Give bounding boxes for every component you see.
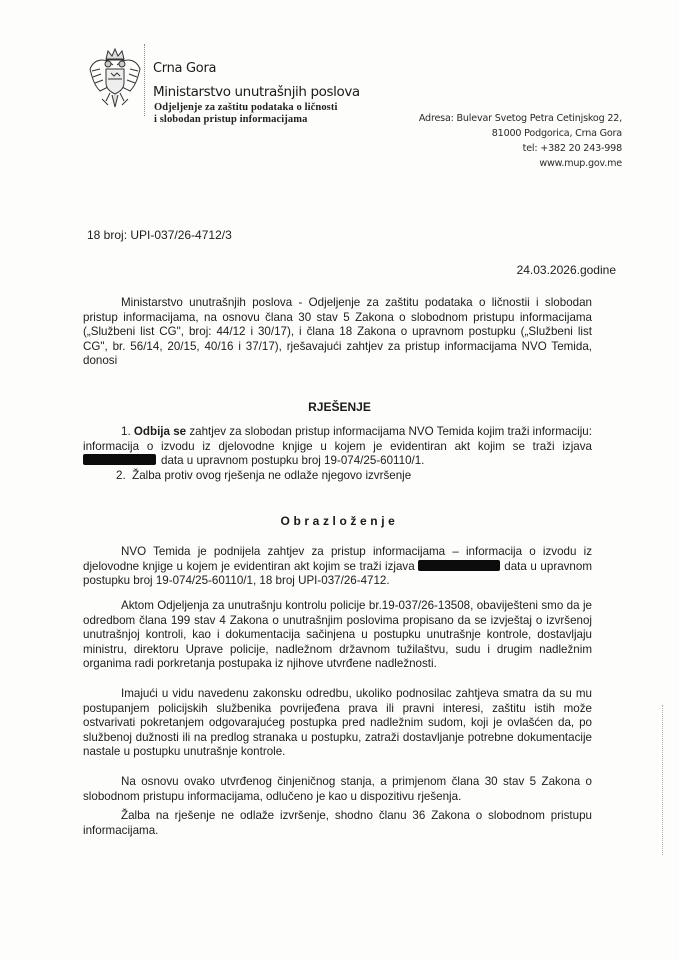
reasoning-p3-text: Imajući u vidu navedenu zakonsku odredbu… — [83, 687, 592, 758]
department-line-2: i slobodan pristup informacijama — [154, 114, 337, 126]
reasoning-p2-text: Aktom Odjeljenja za unutrašnju kontrolu … — [83, 599, 592, 670]
item-number: 2. — [116, 469, 126, 482]
reasoning-paragraph-2: Aktom Odjeljenja za unutrašnju kontrolu … — [83, 599, 592, 672]
document-date: 24.03.2026.godine — [517, 263, 616, 277]
address-street: Adresa: Bulevar Svetog Petra Cetinjskog … — [419, 111, 622, 126]
address-block: Adresa: Bulevar Svetog Petra Cetinjskog … — [419, 111, 622, 171]
ministry-name: Ministarstvo unutrašnjih poslova — [153, 84, 360, 100]
redaction-bar — [418, 560, 500, 571]
reasoning-paragraph-4: Na osnovu ovako utvrđenog činjeničnog st… — [83, 775, 592, 804]
reasoning-p5-text: Žalba na rješenje ne odlaže izvršenje, s… — [83, 809, 592, 837]
montenegro-coat-of-arms-icon — [86, 47, 144, 117]
intro-text: Ministarstvo unutrašnjih poslova - Odjel… — [83, 296, 592, 367]
item-number: 1. — [121, 425, 131, 438]
intro-paragraph: Ministarstvo unutrašnjih poslova - Odjel… — [83, 296, 592, 369]
address-phone: tel: +382 20 243-998 — [419, 141, 622, 156]
address-city: 81000 Podgorica, Crna Gora — [419, 126, 622, 141]
document-page: Crna Gora Ministarstvo unutrašnjih poslo… — [0, 0, 679, 960]
department-name: Odjeljenje za zaštitu podataka o ličnost… — [154, 102, 337, 126]
reasoning-title: Obrazloženje — [0, 514, 679, 528]
address-web: www.mup.gov.me — [419, 156, 622, 171]
country-name: Crna Gora — [153, 61, 216, 76]
decision-item-2: 2. Žalba protiv ovog rješenja ne odlaže … — [116, 469, 411, 484]
decision-item-2-text: Žalba protiv ovog rješenja ne odlaže nje… — [132, 469, 411, 482]
scan-margin-marks — [662, 705, 664, 855]
department-line-1: Odjeljenje za zaštitu podataka o ličnost… — [154, 102, 337, 114]
reasoning-p4-text: Na osnovu ovako utvrđenog činjeničnog st… — [83, 775, 592, 803]
reasoning-paragraph-5: Žalba na rješenje ne odlaže izvršenje, s… — [83, 809, 592, 838]
reasoning-paragraph-3: Imajući u vidu navedenu zakonsku odredbu… — [83, 687, 592, 760]
header-divider — [144, 44, 145, 116]
decision-title: RJEŠENJE — [0, 400, 679, 414]
decision-item-1: 1. Odbija se zahtjev za slobodan pristup… — [83, 425, 592, 469]
redaction-bar — [83, 454, 156, 465]
reasoning-paragraph-1: NVO Temida je podnijela zahtjev za prist… — [83, 545, 592, 589]
decision-verdict: Odbija se — [134, 425, 186, 438]
decision-item-1-text-b: data u upravnom postupku broj 19-074/25-… — [161, 454, 424, 467]
reference-number: 18 broj: UPI-037/26-4712/3 — [87, 228, 232, 242]
